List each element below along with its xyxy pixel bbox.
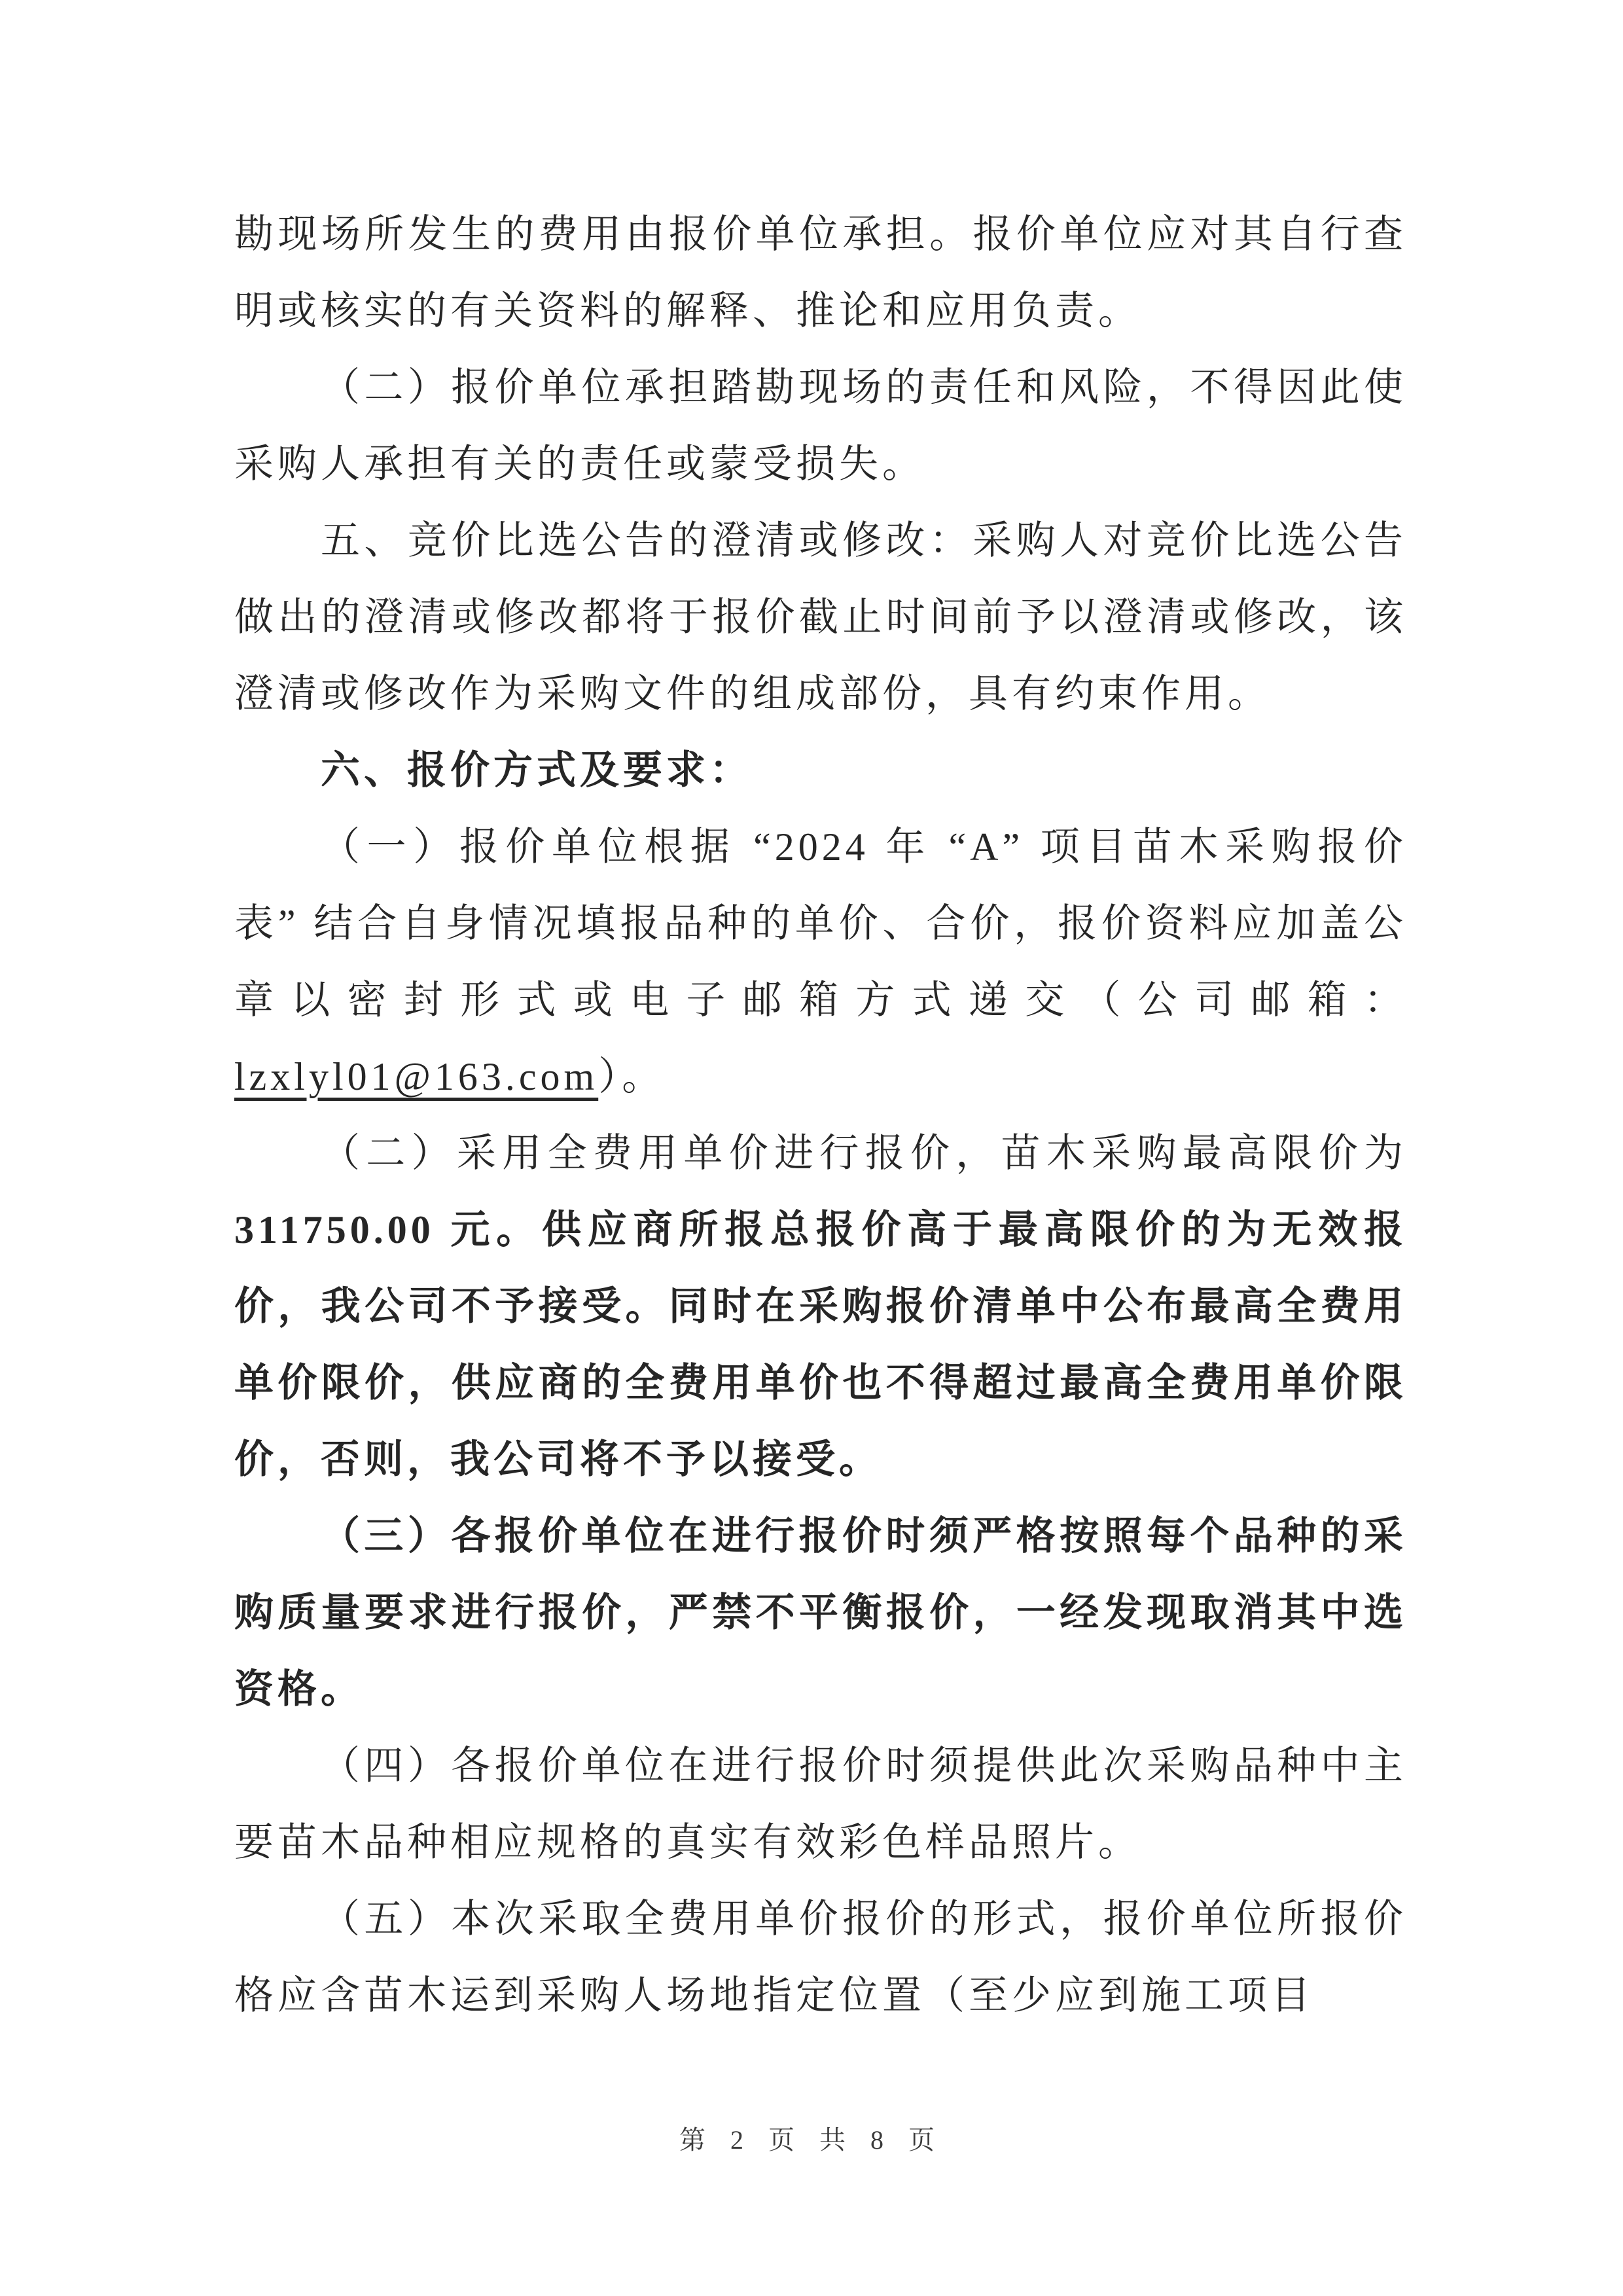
paragraph-text: （五）本次采取全费用单价报价的形式，报价单位所报价格应含苗木运到采购人场地指定位…	[234, 1897, 1407, 2017]
price-amount: 311750.00	[234, 1208, 435, 1251]
paragraph-text: （四）各报价单位在进行报价时须提供此次采购品种中主要苗木品种相应规格的真实有效彩…	[234, 1744, 1407, 1864]
paragraph-text: ）。	[598, 1055, 665, 1098]
body-paragraph: （二）采用全费用单价进行报价，苗木采购最高限价为311750.00 元。供应商所…	[234, 1115, 1407, 1498]
paragraph-text-emphasis: （三）各报价单位在进行报价时须严格按照每个品种的采购质量要求进行报价，严禁不平衡…	[234, 1515, 1407, 1711]
body-paragraph: 勘现场所发生的费用由报价单位承担。报价单位应对其自行查明或核实的有关资料的解释、…	[234, 196, 1407, 350]
paragraph-text: 勘现场所发生的费用由报价单位承担。报价单位应对其自行查明或核实的有关资料的解释、…	[234, 213, 1407, 332]
paragraph-text: （一）报价单位根据 “2024 年 “A” 项目苗木采购报价表” 结合自身情况填…	[234, 825, 1407, 1022]
body-paragraph: （四）各报价单位在进行报价时须提供此次采购品种中主要苗木品种相应规格的真实有效彩…	[234, 1728, 1407, 1881]
body-paragraph: 五、竞价比选公告的澄清或修改：采购人对竞价比选公告做出的澄清或修改都将于报价截止…	[234, 503, 1407, 732]
page-number-indicator: 第 2 页 共 8 页	[679, 2125, 944, 2155]
page-footer: 第 2 页 共 8 页	[0, 2119, 1623, 2157]
email-address: lzxlyl01@163.com	[234, 1055, 598, 1098]
document-body: 勘现场所发生的费用由报价单位承担。报价单位应对其自行查明或核实的有关资料的解释、…	[234, 196, 1407, 2034]
body-paragraph: （三）各报价单位在进行报价时须严格按照每个品种的采购质量要求进行报价，严禁不平衡…	[234, 1498, 1407, 1728]
body-paragraph: （二）报价单位承担踏勘现场的责任和风险，不得因此使采购人承担有关的责任或蒙受损失…	[234, 350, 1407, 503]
document-page: 勘现场所发生的费用由报价单位承担。报价单位应对其自行查明或核实的有关资料的解释、…	[0, 0, 1623, 2296]
body-paragraph: （一）报价单位根据 “2024 年 “A” 项目苗木采购报价表” 结合自身情况填…	[234, 809, 1407, 1115]
body-paragraph: （五）本次采取全费用单价报价的形式，报价单位所报价格应含苗木运到采购人场地指定位…	[234, 1881, 1407, 2034]
paragraph-text: （二）报价单位承担踏勘现场的责任和风险，不得因此使采购人承担有关的责任或蒙受损失…	[234, 366, 1407, 486]
paragraph-text: （二）采用全费用单价进行报价，苗木采购最高限价为	[321, 1132, 1407, 1175]
section-heading-text: 六、报价方式及要求：	[321, 749, 753, 792]
paragraph-text: 五、竞价比选公告的澄清或修改：采购人对竞价比选公告做出的澄清或修改都将于报价截止…	[234, 519, 1407, 715]
section-heading: 六、报价方式及要求：	[234, 732, 1407, 809]
